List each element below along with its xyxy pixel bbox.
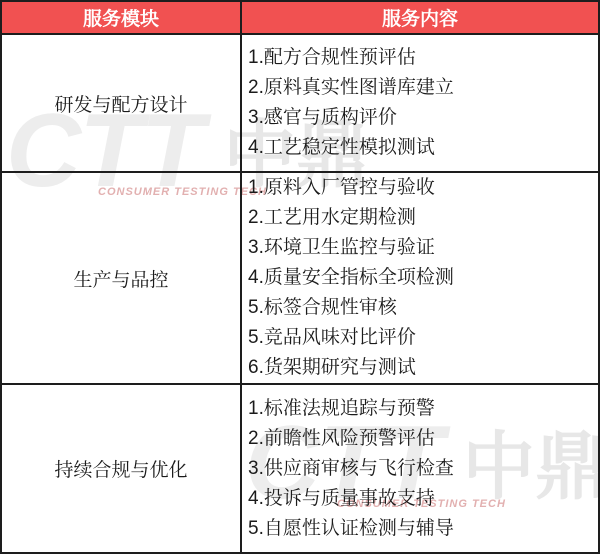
table-row: 持续合规与优化 1.标准法规追踪与预警2.前瞻性风险预警评估3.供应商审核与飞行… (1, 384, 599, 553)
service-item: 1.原料入厂管控与验收 (248, 173, 598, 203)
items-list: 1.标准法规追踪与预警2.前瞻性风险预警评估3.供应商审核与飞行检查4.投诉与质… (242, 394, 598, 544)
service-item: 4.质量安全指标全项检测 (248, 263, 598, 293)
module-cell: 持续合规与优化 (1, 384, 241, 553)
items-cell: 1.配方合规性预评估2.原料真实性图谱库建立3.感官与质构评价4.工艺稳定性模拟… (241, 34, 599, 172)
module-cell: 研发与配方设计 (1, 34, 241, 172)
items-list: 1.配方合规性预评估2.原料真实性图谱库建立3.感官与质构评价4.工艺稳定性模拟… (242, 43, 598, 163)
service-table: 服务模块 服务内容 研发与配方设计 1.配方合规性预评估2.原料真实性图谱库建立… (0, 0, 600, 554)
service-item: 5.标签合规性审核 (248, 293, 598, 323)
service-item: 1.配方合规性预评估 (248, 43, 598, 73)
service-item: 2.工艺用水定期检测 (248, 203, 598, 233)
items-list: 1.原料入厂管控与验收2.工艺用水定期检测3.环境卫生监控与验证4.质量安全指标… (242, 173, 598, 383)
table-header-row: 服务模块 服务内容 (1, 1, 599, 34)
table-row: 生产与品控 1.原料入厂管控与验收2.工艺用水定期检测3.环境卫生监控与验证4.… (1, 172, 599, 384)
header-service-module: 服务模块 (1, 1, 241, 34)
items-cell: 1.原料入厂管控与验收2.工艺用水定期检测3.环境卫生监控与验证4.质量安全指标… (241, 172, 599, 384)
service-item: 4.工艺稳定性模拟测试 (248, 133, 598, 163)
header-service-content: 服务内容 (241, 1, 599, 34)
service-item: 6.货架期研究与测试 (248, 353, 598, 383)
module-cell: 生产与品控 (1, 172, 241, 384)
service-item: 3.感官与质构评价 (248, 103, 598, 133)
service-item: 3.环境卫生监控与验证 (248, 233, 598, 263)
service-item: 5.自愿性认证检测与辅导 (248, 514, 598, 544)
service-item: 1.标准法规追踪与预警 (248, 394, 598, 424)
service-item: 5.竞品风味对比评价 (248, 323, 598, 353)
service-table-page: CTT 中鼎 CONSUMER TESTING TECH CTT 中鼎 CONS… (0, 0, 600, 554)
items-cell: 1.标准法规追踪与预警2.前瞻性风险预警评估3.供应商审核与飞行检查4.投诉与质… (241, 384, 599, 553)
service-item: 4.投诉与质量事故支持 (248, 484, 598, 514)
service-item: 2.前瞻性风险预警评估 (248, 424, 598, 454)
table-row: 研发与配方设计 1.配方合规性预评估2.原料真实性图谱库建立3.感官与质构评价4… (1, 34, 599, 172)
service-item: 2.原料真实性图谱库建立 (248, 73, 598, 103)
service-item: 3.供应商审核与飞行检查 (248, 454, 598, 484)
